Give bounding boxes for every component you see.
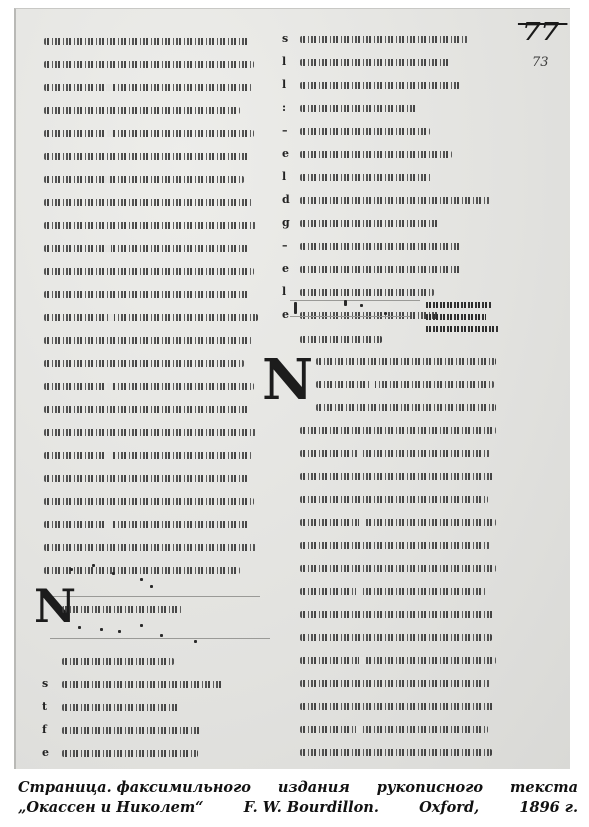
verse-marker: l: [282, 78, 286, 91]
manuscript-line: [300, 511, 500, 534]
verse-marker: :: [282, 101, 286, 114]
manuscript-line: [300, 488, 500, 511]
music-staff-line: [50, 596, 260, 597]
verse-marker: –: [282, 239, 288, 252]
caption-place: Oxford,: [419, 798, 479, 818]
music-staff-line: [290, 316, 410, 317]
manuscript-line: [44, 329, 270, 352]
caption-title: „Окассен и Николет“: [18, 798, 204, 818]
manuscript-line: [62, 598, 242, 621]
manuscript-line: e: [284, 258, 494, 281]
manuscript-line: [44, 559, 270, 582]
manuscript-line: d: [284, 189, 494, 212]
manuscript-line: [44, 99, 270, 122]
manuscript-line: [44, 237, 270, 260]
right-line-after-staff: [300, 328, 420, 351]
left-verse-block: s t f e: [44, 650, 244, 765]
manuscript-line: [300, 557, 500, 580]
manuscript-line: [300, 442, 500, 465]
manuscript-line: [300, 580, 500, 603]
manuscript-line: e: [284, 143, 494, 166]
neume: [140, 578, 143, 581]
manuscript-line: [44, 283, 270, 306]
manuscript-line: [44, 467, 270, 490]
manuscript-line: [300, 626, 500, 649]
manuscript-line: [44, 191, 270, 214]
manuscript-line: [300, 350, 500, 373]
manuscript-line: [300, 465, 500, 488]
page-number-ink: 77: [522, 17, 559, 46]
manuscript-line: [300, 603, 500, 626]
verse-marker: d: [282, 193, 290, 206]
neume: [160, 634, 163, 637]
manuscript-line: [44, 145, 270, 168]
caption-author: F. W. Bourdillon.: [244, 798, 379, 818]
manuscript-line: s: [44, 673, 244, 696]
manuscript-line: l: [284, 166, 494, 189]
manuscript-line: [44, 490, 270, 513]
neume: [78, 626, 81, 629]
verse-marker: e: [282, 147, 289, 160]
manuscript-line: e: [44, 742, 244, 765]
manuscript-line: [44, 168, 270, 191]
manuscript-line: t: [44, 696, 244, 719]
manuscript-line: [300, 534, 500, 557]
neume: [194, 640, 197, 643]
manuscript-line: [44, 122, 270, 145]
manuscript-line: [300, 695, 500, 718]
manuscript-line: [300, 328, 420, 351]
music-staff-line: [290, 300, 420, 301]
manuscript-line: [44, 352, 270, 375]
left-column-text: [44, 30, 270, 582]
manuscript-line: [300, 396, 500, 419]
neume: [112, 572, 115, 575]
manuscript-line: [44, 53, 270, 76]
manuscript-line: [300, 672, 500, 695]
manuscript-line: l: [284, 74, 494, 97]
manuscript-line: [300, 373, 500, 396]
neume: [70, 568, 73, 571]
manuscript-line: [44, 650, 244, 673]
manuscript-line: [300, 718, 500, 741]
manuscript-line: –: [284, 235, 494, 258]
neume: [360, 304, 363, 307]
neume: [100, 628, 103, 631]
verse-marker: t: [42, 700, 47, 713]
verse-marker: g: [282, 216, 290, 229]
verse-marker: s: [282, 32, 288, 45]
figure-caption: Страница. факсимильного издания рукописн…: [18, 778, 578, 818]
right-column-verse: s l l : – e l d g – e l e: [284, 28, 494, 327]
manuscript-line: l: [284, 51, 494, 74]
neume: [92, 564, 95, 567]
manuscript-line: [44, 421, 270, 444]
right-column-prose: [300, 350, 500, 764]
verse-marker: e: [282, 308, 289, 321]
manuscript-line: [44, 260, 270, 283]
manuscript-line: [44, 214, 270, 237]
manuscript-line: [44, 398, 270, 421]
manuscript-line: g: [284, 212, 494, 235]
verse-marker: e: [42, 746, 49, 759]
manuscript-line: [44, 513, 270, 536]
music-staff-line: [50, 638, 270, 639]
caption-line-1: Страница. факсимильного издания рукописн…: [18, 778, 578, 798]
caption-year: 1896 г.: [519, 798, 578, 818]
neume: [140, 624, 143, 627]
caption-word: текста: [510, 778, 578, 798]
manuscript-line: [300, 649, 500, 672]
verse-marker: l: [282, 55, 286, 68]
manuscript-line: [44, 306, 270, 329]
manuscript-line: :: [284, 97, 494, 120]
manuscript-line: –: [284, 120, 494, 143]
caption-word: рукописного: [377, 778, 483, 798]
caption-word: Страница. факсимильного: [18, 778, 251, 798]
verse-marker: f: [42, 723, 47, 736]
verse-marker: e: [282, 262, 289, 275]
verse-marker: l: [282, 170, 286, 183]
manuscript-line: [300, 741, 500, 764]
verse-marker: –: [282, 124, 288, 137]
page-number-pencil: 73: [532, 55, 549, 70]
manuscript-line: [44, 536, 270, 559]
manuscript-line: s: [284, 28, 494, 51]
neume: [150, 585, 153, 588]
caption-line-2: „Окассен и Николет“ F. W. Bourdillon. Ox…: [18, 798, 578, 818]
caption-word: издания: [278, 778, 350, 798]
left-verse-text: [62, 598, 242, 621]
margin-note: [426, 302, 506, 338]
manuscript-line: f: [44, 719, 244, 742]
neume: [294, 302, 297, 314]
manuscript-line: [44, 76, 270, 99]
neume: [344, 300, 347, 306]
neume: [384, 312, 387, 315]
verse-marker: s: [42, 677, 48, 690]
manuscript-line: [300, 419, 500, 442]
verse-marker: l: [282, 285, 286, 298]
manuscript-line: [44, 444, 270, 467]
manuscript-line: [44, 30, 270, 53]
neume: [118, 630, 121, 633]
manuscript-line: [44, 375, 270, 398]
